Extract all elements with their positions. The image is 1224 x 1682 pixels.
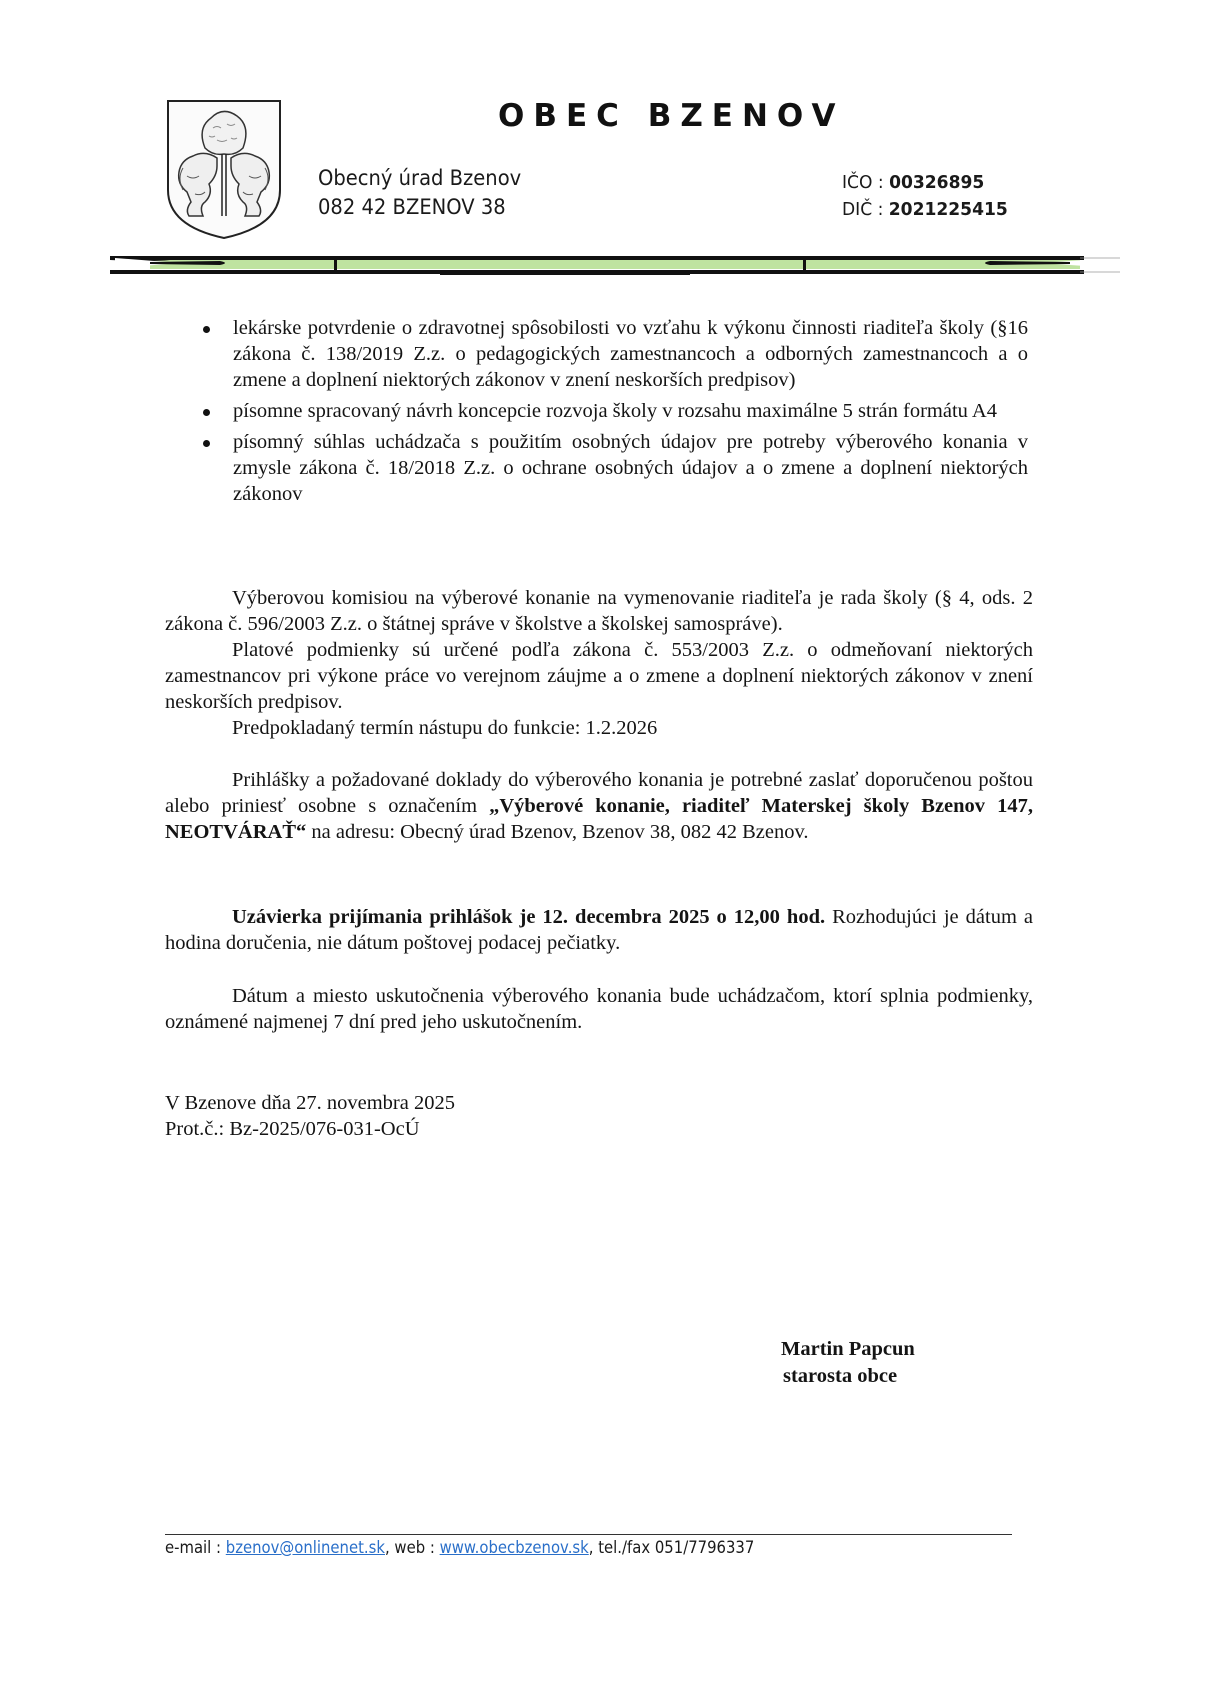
signatory-role: starosta obce	[781, 1363, 915, 1390]
signature-block: Martin Papcun starosta obce	[781, 1336, 915, 1390]
deadline-paragraph: Uzávierka prijímania prihlášok je 12. de…	[165, 904, 1033, 956]
dic-line: DIČ : 2021225415	[842, 199, 1008, 220]
date-line: V Bzenove dňa 27. novembra 2025	[165, 1090, 455, 1116]
bullet-icon	[203, 440, 210, 447]
list-item: písomný súhlas uchádzača s použitím osob…	[203, 429, 1028, 507]
selection-date-paragraph: Dátum a miesto uskutočnenia výberového k…	[165, 983, 1033, 1035]
bullet-icon	[203, 326, 210, 333]
commission-paragraph: Výberovou komisiou na výberové konanie n…	[165, 585, 1033, 637]
requirements-list: lekárske potvrdenie o zdravotnej spôsobi…	[203, 315, 1028, 512]
page-title: OBEC BZENOV	[498, 98, 844, 134]
ico-label: IČO :	[842, 172, 889, 193]
deadline-text: Uzávierka prijímania prihlášok je 12. de…	[232, 906, 825, 928]
commission-section: Výberovou komisiou na výberové konanie n…	[165, 585, 1033, 741]
place-and-date: V Bzenove dňa 27. novembra 2025 Prot.č.:…	[165, 1090, 455, 1142]
footer-divider	[165, 1534, 1012, 1535]
list-item: lekárske potvrdenie o zdravotnej spôsobi…	[203, 315, 1028, 393]
web-link[interactable]: www.obecbzenov.sk	[440, 1538, 589, 1557]
header-divider	[110, 253, 1120, 277]
phone-text: , tel./fax 051/7796337	[589, 1538, 755, 1557]
bullet-icon	[203, 409, 210, 416]
signatory-name: Martin Papcun	[781, 1336, 915, 1363]
ico-line: IČO : 00326895	[842, 172, 984, 193]
dic-label: DIČ :	[842, 199, 889, 220]
dic-value: 2021225415	[889, 199, 1008, 220]
protocol-number: Prot.č.: Bz-2025/076-031-OcÚ	[165, 1116, 455, 1142]
ico-value: 00326895	[889, 172, 984, 193]
office-address: 082 42 BZENOV 38	[318, 195, 506, 219]
email-link[interactable]: bzenov@onlinenet.sk	[226, 1538, 385, 1557]
salary-paragraph: Platové podmienky sú určené podľa zákona…	[165, 637, 1033, 715]
coat-of-arms-icon	[165, 98, 283, 240]
application-paragraph: Prihlášky a požadované doklady do výbero…	[165, 767, 1033, 845]
office-name: Obecný úrad Bzenov	[318, 166, 521, 190]
footer-contact: e-mail : bzenov@onlinenet.sk, web : www.…	[165, 1538, 754, 1557]
start-date-paragraph: Predpokladaný termín nástupu do funkcie:…	[165, 715, 1033, 741]
list-item: písomne spracovaný návrh koncepcie rozvo…	[203, 398, 1028, 424]
